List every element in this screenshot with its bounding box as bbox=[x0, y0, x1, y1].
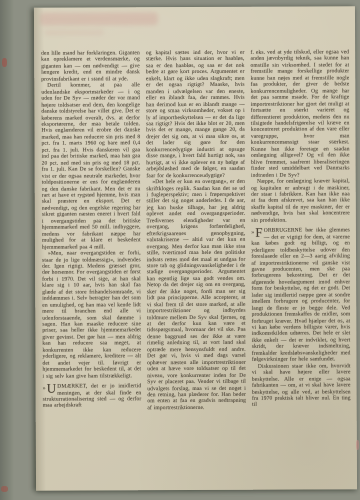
paragraph: »Det hele er kun en overgang«, er den sk… bbox=[146, 179, 246, 412]
paragraph: Dertil kommer, at paa alle udenlandske e… bbox=[41, 83, 140, 251]
red-edge-speck bbox=[2, 58, 7, 67]
paragraph: f. eks. ved at yde tilskud, eller ogsaa … bbox=[250, 49, 349, 178]
paragraph: Næppe, for omlægning kræver kapital, og … bbox=[251, 178, 350, 224]
paragraph: »FORBRUGERNE bør ikke glemmes — det er v… bbox=[251, 228, 350, 364]
paragraph: den lille mand har forklaringen. Gigante… bbox=[41, 50, 140, 83]
paragraph: og kapital sættes ind der, hvor vi er st… bbox=[146, 50, 245, 179]
text-column-3: f. eks. ved at yde tilskud, eller ogsaa … bbox=[250, 49, 350, 465]
drop-cap: U bbox=[47, 384, 58, 395]
article-body: den lille mand har forklaringen. Gigante… bbox=[41, 49, 351, 466]
section-marker: » bbox=[251, 228, 255, 239]
pink-edge-mark bbox=[356, 440, 359, 450]
ink-bleed-artifact bbox=[44, 29, 104, 35]
text-column-1: den lille mand har forklaringen. Gigante… bbox=[41, 50, 141, 466]
paragraph: »Men, naar overgangstiden er forbi, staa… bbox=[42, 250, 141, 379]
magazine-page: den lille mand har forklaringen. Gigante… bbox=[34, 6, 357, 490]
paragraph: Diskussionen staar ikke om, hvorvidt vi … bbox=[252, 363, 351, 409]
page-gutter-shadow bbox=[0, 0, 14, 500]
paragraph: »UDMÆRKET, det er jo imidlertid meningen… bbox=[43, 383, 142, 409]
section-marker: » bbox=[43, 384, 47, 395]
red-edge-speck bbox=[1, 486, 8, 492]
magazine-scan: den lille mand har forklaringen. Gigante… bbox=[0, 0, 360, 500]
ink-bleed-artifact bbox=[40, 12, 158, 26]
text-column-2: og kapital sættes ind der, hvor vi er st… bbox=[146, 50, 246, 466]
drop-cap: F bbox=[255, 228, 263, 239]
